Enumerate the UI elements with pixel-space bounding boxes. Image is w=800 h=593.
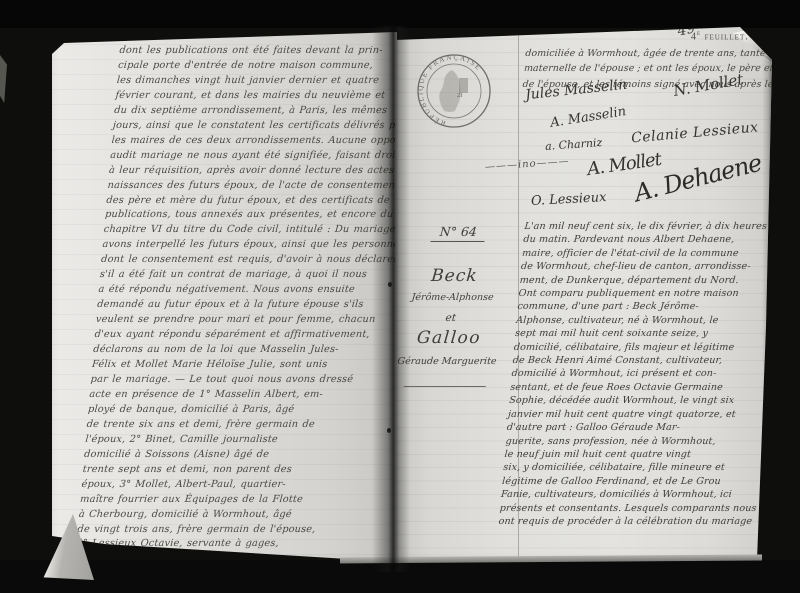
manuscript-line: à Cherbourg, domicilié à Wormhout, âgé [78, 508, 363, 523]
manuscript-line: l'époux, 2° Binet, Camille journaliste [85, 433, 370, 448]
manuscript-line: ont requis de procéder à la célébration … [498, 515, 741, 528]
manuscript-line: naissances des futurs époux, de l'acte d… [107, 179, 392, 194]
margin-groom-surname: Beck [395, 266, 515, 286]
manuscript-line: audit mariage ne nous ayant été signifié… [110, 149, 395, 164]
manuscript-line: L'an mil neuf cent six, le dix février, … [524, 220, 767, 233]
manuscript-line: cipale porte d'entrée de notre maison co… [117, 59, 402, 74]
folio-marker-word: feuillet. [705, 31, 749, 42]
margin-bride-surname: Galloo [389, 328, 509, 348]
manuscript-line: de Beck Henri Aimé Constant, cultivateur… [512, 354, 755, 367]
binding-stitch [388, 282, 392, 287]
manuscript-line: du matin. Pardevant nous Albert Dehaene, [523, 233, 766, 246]
manuscript-line: commune, d'une part : Beck Jérôme- [517, 300, 760, 313]
manuscript-line: du dix septième arrondissement, à Paris,… [113, 104, 398, 119]
page-edge-fragment [0, 55, 7, 103]
margin-conjunction: et [391, 312, 510, 324]
manuscript-line: les dimanches vingt huit janvier dernier… [116, 74, 401, 89]
manuscript-line: demandé au futur époux et à la future ép… [96, 298, 381, 313]
marriage-act-manuscript: L'an mil neuf cent six, le dix février, … [498, 220, 767, 528]
manuscript-line: 4° Lessieux Octavie, servante à gages, [76, 537, 361, 552]
manuscript-line: avons interpellé les futurs époux, ainsi… [102, 238, 387, 253]
seated-figure [439, 70, 461, 112]
manuscript-line: domicilié à Soissons (Aisne) âgé de [83, 448, 368, 463]
manuscript-line: jours, ainsi que le constatent les certi… [112, 119, 397, 134]
manuscript-line: domicilié, célibataire, fils majeur et l… [513, 341, 756, 354]
manuscript-line: de vingt trois ans, frère germain de l'é… [77, 523, 362, 538]
manuscript-line: à leur réquisition, après avoir donné le… [108, 164, 393, 179]
manuscript-line: février courant, et dans les mairies du … [115, 89, 400, 104]
manuscript-line: sentant, et de feue Roes Octavie Germain… [510, 381, 753, 394]
manuscript-line: janvier mil huit cent quatre vingt quato… [507, 408, 750, 421]
manuscript-line: s'il a été fait un contrat de mariage, à… [99, 268, 384, 283]
manuscript-line: trente sept ans et demi, non parent des [82, 463, 367, 478]
margin-bride-given-names: Géraude Marguerite [387, 356, 506, 367]
manuscript-line: les maires de ces deux arrondissements. … [111, 134, 396, 149]
stamp-value: 2f [457, 92, 463, 99]
page-edge-stack [762, 56, 773, 562]
manuscript-line: acte en présence de 1° Masselin Albert, … [89, 388, 374, 403]
manuscript-line: sept mai mil huit cent soixante seize, y [514, 327, 757, 340]
left-page: dont les publications ont été faites dev… [52, 30, 397, 570]
manuscript-line: Alphonse, cultivateur, né à Wormhout, le [516, 314, 759, 327]
manuscript-line: guerite, sans profession, née à Wormhout… [505, 435, 748, 448]
register-photo: dont les publications ont été faites dev… [0, 0, 800, 593]
binding-stitch [387, 428, 391, 433]
manuscript-line: ployé de banque, domicilié à Paris, âgé [87, 403, 372, 418]
manuscript-line: chapitre VI du titre du Code civil, inti… [103, 223, 388, 238]
margin-groom-given-names: Jérôme-Alphonse [393, 292, 512, 303]
printed-folio-marker: 4e feuillet. [691, 29, 749, 42]
manuscript-line: veulent se prendre pour mari et pour fem… [95, 313, 380, 328]
manuscript-line: Félix et Mollet Marie Héloïse Julie, son… [91, 358, 376, 373]
manuscript-line: déclarons au nom de la loi que Masselin … [93, 343, 378, 358]
manuscript-line: des père et mère du futur époux, et des … [106, 194, 391, 209]
manuscript-line: domicilié à Wormhout, ici présent et con… [511, 367, 754, 380]
signature-witness-3: Celanie Lessieux [631, 119, 760, 146]
margin-end-rule [404, 386, 486, 387]
republique-francaise-stamp-icon: RÉPUBLIQUE FRANÇAISE 2f [415, 52, 493, 130]
manuscript-line: maire, officier de l'état-civil de la co… [521, 247, 764, 260]
manuscript-line: d'autre part : Galloo Géraude Mar- [506, 421, 749, 434]
manuscript-line: maître fourrier aux Équipages de la Flot… [79, 493, 364, 508]
manuscript-line: de trente six ans et demi, frère germain… [86, 418, 371, 433]
manuscript-line: présents et consentants. Lesquels compar… [499, 502, 742, 515]
margin-act-number: N° 64 [398, 224, 518, 242]
manuscript-line: six, y domiciliée, célibataire, fille mi… [503, 461, 746, 474]
manuscript-line: a été répondu négativement. Nous avons e… [98, 283, 383, 298]
manuscript-line: le neuf juin mil huit cent quatre vingt [504, 448, 747, 461]
manuscript-line: par le mariage. — Le tout quoi nous avon… [90, 373, 375, 388]
manuscript-line: légitime de Galloo Ferdinand, et de Le G… [502, 475, 745, 488]
folio-marker-sup: e [697, 29, 701, 37]
signature-witness-5: O. Lessieux [531, 190, 607, 209]
manuscript-line: d'eux ayant répondu séparément et affirm… [94, 328, 379, 343]
signature-witness-1: A. Masselin [549, 104, 627, 131]
manuscript-line: dont les publications ont été faites dev… [119, 44, 404, 59]
manuscript-line: domiciliée à Wormhout, âgée de trente an… [525, 46, 768, 61]
signature-witness-2: a. Charniz [545, 136, 603, 153]
left-page-manuscript: dont les publications ont été faites dev… [76, 44, 404, 552]
signature-paraph: ———ino——— [485, 156, 570, 173]
manuscript-line: Sophie, décédée audit Wormhout, le vingt… [509, 394, 752, 407]
manuscript-line: ment, de Dunkerque, département du Nord. [519, 274, 762, 287]
manuscript-line: Ont comparu publiquement en notre maison [518, 287, 761, 300]
right-page: 49 4e feuillet. RÉPUBLIQUE FRANÇAISE 2f … [395, 26, 773, 566]
manuscript-line: Fanie, cultivateurs, domiciliés à Wormho… [500, 488, 743, 501]
manuscript-line: publications, tous annexés aux présentes… [104, 208, 389, 223]
manuscript-line: de Wormhout, chef-lieu de canton, arrond… [520, 260, 763, 273]
manuscript-line: dont le consentement est requis, d'avoir… [100, 253, 385, 268]
manuscript-line: époux, 3° Mollet, Albert-Paul, quartier- [81, 478, 366, 493]
